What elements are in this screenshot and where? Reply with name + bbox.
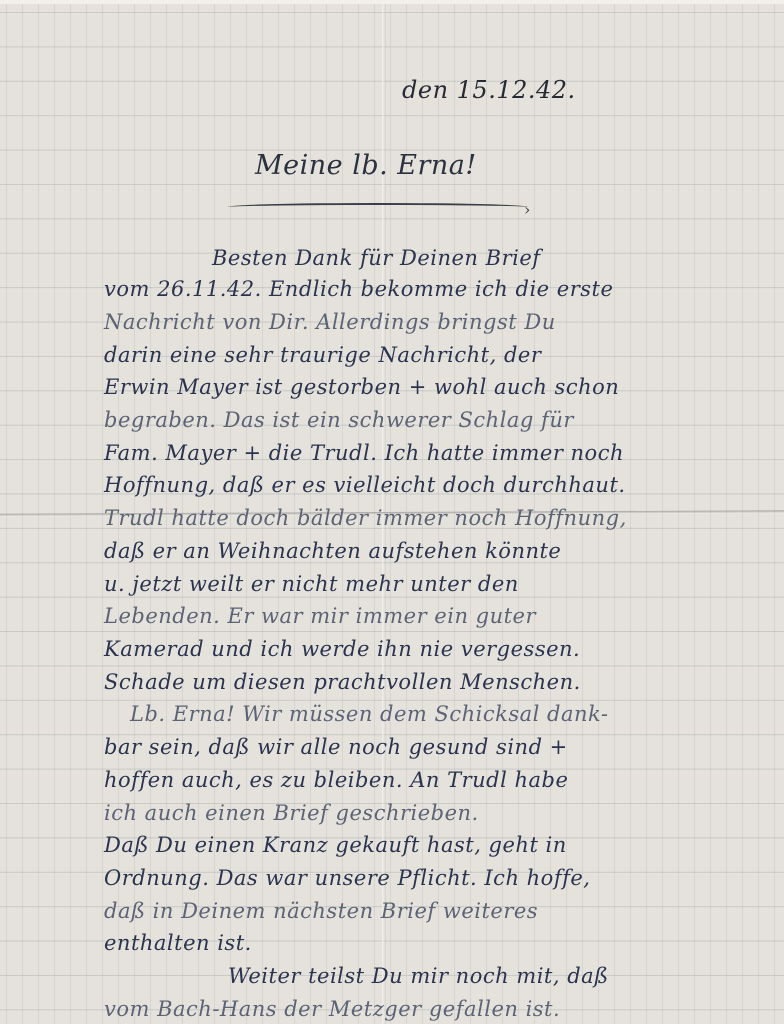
letter-line: darin eine sehr traurige Nachricht, der xyxy=(104,343,541,367)
letter-line: enthalten ist. xyxy=(104,931,252,955)
letter-line: Besten Dank für Deinen Brief xyxy=(212,246,541,270)
letter-line: vom 26.11.42. Endlich bekomme ich die er… xyxy=(104,277,613,301)
letter-paper: den 15.12.42. Meine lb. Erna! › Besten D… xyxy=(0,4,784,1024)
letter-line: Weiter teilst Du mir noch mit, daß xyxy=(228,964,609,988)
letter-line: vom Bach-Hans der Metzger gefallen ist. xyxy=(104,997,560,1021)
letter-line: daß in Deinem nächsten Brief weiteres xyxy=(104,899,538,923)
letter-line: Daß Du einen Kranz gekauft hast, geht in xyxy=(104,833,567,857)
letter-line: Hoffnung, daß er es vielleicht doch durc… xyxy=(104,473,626,497)
letter-line: Nachricht von Dir. Allerdings bringst Du xyxy=(104,310,556,334)
letter-line: Fam. Mayer + die Trudl. Ich hatte immer … xyxy=(104,441,624,465)
letter-line: Erwin Mayer ist gestorben + wohl auch sc… xyxy=(104,375,619,399)
letter-line: ich auch einen Brief geschrieben. xyxy=(104,801,479,825)
date-line: den 15.12.42. xyxy=(402,76,576,104)
salutation-flourish: › xyxy=(524,200,530,219)
salutation-underline xyxy=(228,203,528,211)
letter-line: Ordnung. Das war unsere Pflicht. Ich hof… xyxy=(104,866,590,890)
letter-line: Schade um diesen prachtvollen Menschen. xyxy=(104,670,581,694)
letter-line: daß er an Weihnachten aufstehen könnte xyxy=(104,539,561,563)
letter-line: begraben. Das ist ein schwerer Schlag fü… xyxy=(104,408,574,432)
letter-line: Trudl hatte doch bälder immer noch Hoffn… xyxy=(104,506,627,530)
paper-top-edge xyxy=(0,0,784,4)
letter-line: u. jetzt weilt er nicht mehr unter den xyxy=(104,572,519,596)
letter-line: Lebenden. Er war mir immer ein guter xyxy=(104,604,536,628)
letter-line: Kamerad und ich werde ihn nie vergessen. xyxy=(104,637,580,661)
salutation: Meine lb. Erna! xyxy=(255,150,477,181)
letter-line: bar sein, daß wir alle noch gesund sind … xyxy=(104,735,568,759)
letter-line: Lb. Erna! Wir müssen dem Schicksal dank- xyxy=(130,702,609,726)
letter-line: hoffen auch, es zu bleiben. An Trudl hab… xyxy=(104,768,568,792)
